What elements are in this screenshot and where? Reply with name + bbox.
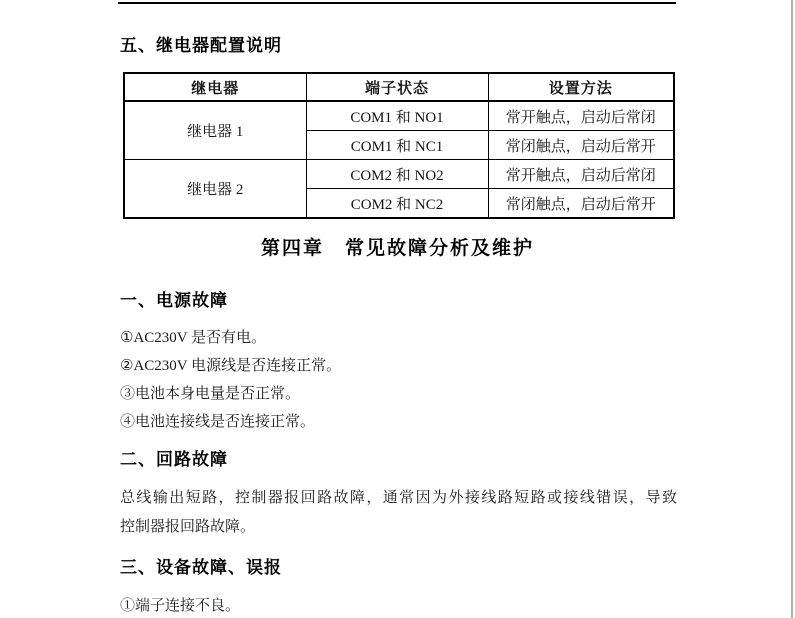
list-item: ③电池本身电量是否正常。	[120, 380, 341, 408]
relay2-method-1: 常开触点，启动后常闭	[488, 160, 674, 189]
section-title-power-fault: 一、电源故障	[120, 286, 228, 311]
window-edge-line	[791, 0, 793, 618]
relay2-terminal-2: COM2 和 NC2	[306, 189, 488, 219]
document-page: 五、继电器配置说明 继电器 端子状态 设置方法 继电器 1 COM1 和 NO1…	[0, 0, 795, 618]
top-rule-divider	[118, 2, 676, 4]
relay-config-table: 继电器 端子状态 设置方法 继电器 1 COM1 和 NO1 常开触点，启动后常…	[123, 72, 675, 219]
relay1-terminal-2: COM1 和 NC1	[306, 131, 488, 160]
paragraph-line: 总线输出短路，控制器报回路故障，通常因为外接线路短路或接线错误，导致	[120, 484, 677, 513]
col-header-setting-method: 设置方法	[488, 73, 674, 101]
list-item: ④电池连接线是否连接正常。	[120, 408, 341, 436]
loop-fault-paragraph: 总线输出短路，控制器报回路故障，通常因为外接线路短路或接线错误，导致 控制器报回…	[120, 484, 677, 542]
device-fault-list: ①端子连接不良。	[120, 592, 240, 618]
col-header-terminal-state: 端子状态	[306, 73, 488, 101]
relay1-terminal-1: COM1 和 NO1	[306, 101, 488, 131]
col-header-relay: 继电器	[124, 73, 306, 101]
chapter-title: 第四章 常见故障分析及维护	[0, 233, 795, 260]
relay2-name-cell: 继电器 2	[124, 160, 306, 219]
list-item: ①端子连接不良。	[120, 592, 240, 618]
section-title-device-fault: 三、设备故障、误报	[120, 553, 282, 578]
relay1-method-1: 常开触点，启动后常闭	[488, 101, 674, 131]
table-row: 继电器 2 COM2 和 NO2 常开触点，启动后常闭	[124, 160, 674, 189]
power-fault-list: ①AC230V 是否有电。 ②AC230V 电源线是否连接正常。 ③电池本身电量…	[120, 324, 341, 436]
relay1-name-cell: 继电器 1	[124, 101, 306, 160]
table-header-row: 继电器 端子状态 设置方法	[124, 73, 674, 101]
list-item: ②AC230V 电源线是否连接正常。	[120, 352, 341, 380]
section-title-loop-fault: 二、回路故障	[120, 445, 228, 470]
section-title-relay-config: 五、继电器配置说明	[120, 31, 282, 56]
relay2-terminal-1: COM2 和 NO2	[306, 160, 488, 189]
list-item: ①AC230V 是否有电。	[120, 324, 341, 352]
paragraph-line: 控制器报回路故障。	[120, 513, 677, 542]
relay1-method-2: 常闭触点，启动后常开	[488, 131, 674, 160]
table-row: 继电器 1 COM1 和 NO1 常开触点，启动后常闭	[124, 101, 674, 131]
relay2-method-2: 常闭触点，启动后常开	[488, 189, 674, 219]
